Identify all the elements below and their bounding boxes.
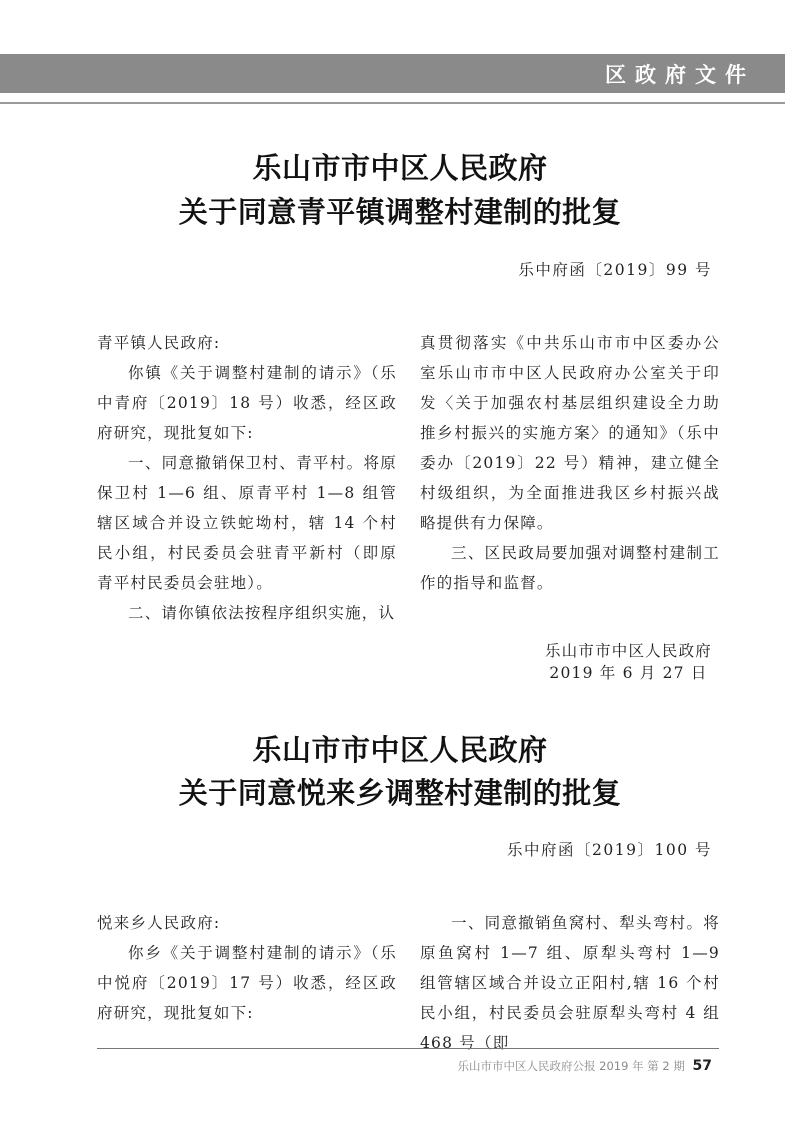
page-footer: 乐山市市中区人民政府公报 2019 年 第 2 期 57 — [458, 1058, 713, 1074]
doc1-right-column: 真贯彻落实《中共乐山市市中区委办公室乐山市市中区人民政府办公室关于印发〈关于加强… — [420, 328, 720, 598]
doc2-paragraph: 你乡《关于调整村建制的请示》（乐中悦府〔2019〕17 号）收悉，经区政府研究，… — [97, 938, 397, 1028]
doc1-paragraph: 二、请你镇依法按程序组织实施，认 — [97, 598, 397, 628]
doc1-paragraph: 你镇《关于调整村建制的请示》（乐中青府〔2019〕18 号）收悉，经区政府研究，… — [97, 358, 397, 448]
doc1-paragraph: 三、区民政局要加强对调整村建制工作的指导和监督。 — [420, 538, 720, 598]
section-title: 区政府文件 — [605, 59, 755, 89]
doc2-title-line2: 关于同意悦来乡调整村建制的批复 — [0, 771, 800, 815]
doc1-paragraph: 真贯彻落实《中共乐山市市中区委办公室乐山市市中区人民政府办公室关于印发〈关于加强… — [420, 328, 720, 538]
doc1-signature: 乐山市市中区人民政府 — [545, 640, 712, 662]
section-banner: 区政府文件 — [0, 54, 785, 93]
doc1-paragraph: 一、同意撤销保卫村、青平村。将原保卫村 1—6 组、原青平村 1—8 组管辖区域… — [97, 448, 397, 598]
page-number: 57 — [693, 1058, 712, 1074]
doc1-title-line1: 乐山市市中区人民政府 — [0, 146, 800, 190]
doc2-paragraph: 一、同意撤销鱼窝村、犁头弯村。将原鱼窝村 1—7 组、原犁头弯村 1—9 组管辖… — [420, 908, 720, 1058]
doc1-signature-block: 乐山市市中区人民政府 2019 年 6 月 27 日 — [545, 640, 712, 684]
doc1-title-line2: 关于同意青平镇调整村建制的批复 — [0, 190, 800, 234]
doc2-left-column: 悦来乡人民政府: 你乡《关于调整村建制的请示》（乐中悦府〔2019〕17 号）收… — [97, 908, 397, 1028]
doc1-date: 2019 年 6 月 27 日 — [545, 662, 712, 684]
doc2-number: 乐中府函〔2019〕100 号 — [507, 838, 712, 860]
header-divider — [0, 102, 785, 104]
doc1-addressee: 青平镇人民政府: — [97, 328, 397, 358]
publication-info: 乐山市市中区人民政府公报 2019 年 第 2 期 — [458, 1059, 685, 1073]
doc2-title-line1: 乐山市市中区人民政府 — [0, 728, 800, 772]
doc2-right-column: 一、同意撤销鱼窝村、犁头弯村。将原鱼窝村 1—7 组、原犁头弯村 1—9 组管辖… — [420, 908, 720, 1058]
doc2-addressee: 悦来乡人民政府: — [97, 908, 397, 938]
footer-divider — [97, 1048, 719, 1049]
doc1-number: 乐中府函〔2019〕99 号 — [518, 258, 712, 280]
doc1-left-column: 青平镇人民政府: 你镇《关于调整村建制的请示》（乐中青府〔2019〕18 号）收… — [97, 328, 397, 628]
